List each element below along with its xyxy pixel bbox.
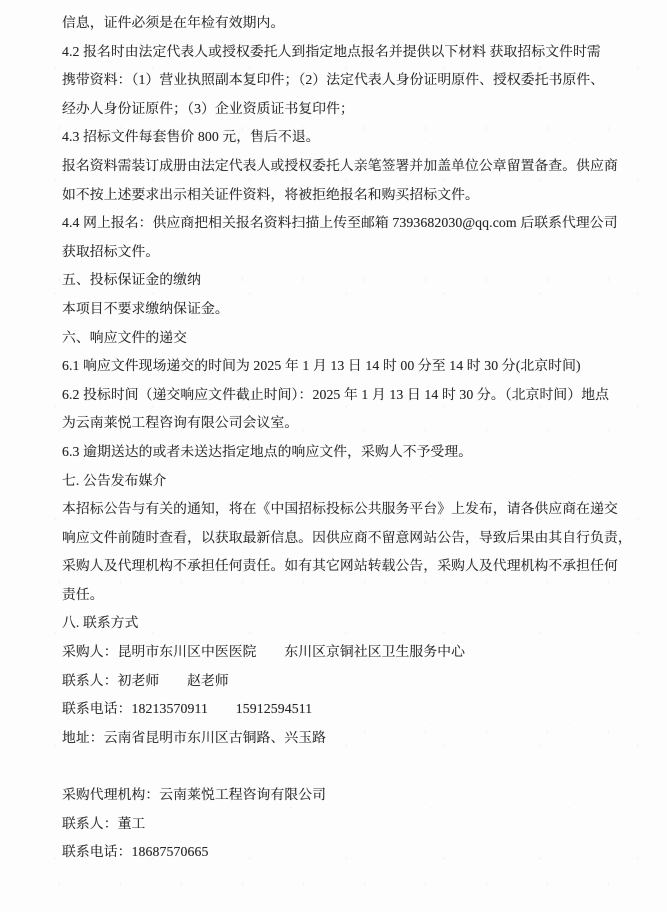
doc-section-heading: 七. 公告发布媒介 bbox=[62, 467, 623, 496]
contact-phone-line: 联系电话：18213570911 15912594511 bbox=[62, 695, 623, 724]
doc-line: 6.3 逾期送达的或者未送达指定地点的响应文件，采购人不予受理。 bbox=[62, 438, 623, 467]
document-page: 信息，证件必须是在年检有效期内。 4.2 报名时由法定代表人或授权委托人到指定地… bbox=[0, 0, 667, 912]
doc-line: 携带资料：（1）营业执照副本复印件；（2）法定代表人身份证明原件、授权委托书原件… bbox=[62, 66, 623, 95]
doc-line: 信息，证件必须是在年检有效期内。 bbox=[62, 9, 623, 38]
doc-line: 4.3 招标文件每套售价 800 元，售后不退。 bbox=[62, 123, 623, 152]
agency-line: 采购代理机构：云南莱悦工程咨询有限公司 bbox=[62, 781, 623, 810]
contact-person-line: 联系人：初老师 赵老师 bbox=[62, 667, 623, 696]
agency-contact-phone-line: 联系电话：18687570665 bbox=[62, 838, 623, 867]
doc-section-heading: 六、响应文件的递交 bbox=[62, 324, 623, 353]
doc-line: 本项目不要求缴纳保证金。 bbox=[62, 295, 623, 324]
doc-line: 4.2 报名时由法定代表人或授权委托人到指定地点报名并提供以下材料 获取招标文件… bbox=[62, 38, 623, 67]
doc-line: 4.4 网上报名：供应商把相关报名资料扫描上传至邮箱 7393682030@qq… bbox=[62, 209, 623, 238]
doc-section-heading: 五、投标保证金的缴纳 bbox=[62, 266, 623, 295]
address-line: 地址：云南省昆明市东川区古铜路、兴玉路 bbox=[62, 724, 623, 753]
agency-contact-person-line: 联系人：董工 bbox=[62, 810, 623, 839]
doc-line: 采购人及代理机构不承担任何责任。如有其它网站转载公告，采购人及代理机构不承担任何 bbox=[62, 552, 623, 581]
doc-line: 经办人身份证原件；（3）企业资质证书复印件； bbox=[62, 95, 623, 124]
doc-line: 6.1 响应文件现场递交的时间为 2025 年 1 月 13 日 14 时 00… bbox=[62, 352, 623, 381]
doc-line: 责任。 bbox=[62, 581, 623, 610]
doc-line: 本招标公告与有关的通知，将在《中国招标投标公共服务平台》上发布，请各供应商在递交 bbox=[62, 495, 623, 524]
doc-line: 如不按上述要求出示相关证件资料，将被拒绝报名和购买招标文件。 bbox=[62, 181, 623, 210]
doc-line: 报名资料需装订成册由法定代表人或授权委托人亲笔签署并加盖单位公章留置备查。供应商 bbox=[62, 152, 623, 181]
purchaser-line: 采购人：昆明市东川区中医医院 东川区京铜社区卫生服务中心 bbox=[62, 638, 623, 667]
doc-line: 6.2 投标时间（递交响应文件截止时间）：2025 年 1 月 13 日 14 … bbox=[62, 381, 623, 410]
doc-section-heading: 八. 联系方式 bbox=[62, 609, 623, 638]
doc-line: 获取招标文件。 bbox=[62, 238, 623, 267]
doc-line: 响应文件前随时查看，以获取最新信息。因供应商不留意网站公告，导致后果由其自行负责… bbox=[62, 524, 623, 553]
blank-line bbox=[62, 752, 623, 781]
doc-line: 为云南莱悦工程咨询有限公司会议室。 bbox=[62, 409, 623, 438]
